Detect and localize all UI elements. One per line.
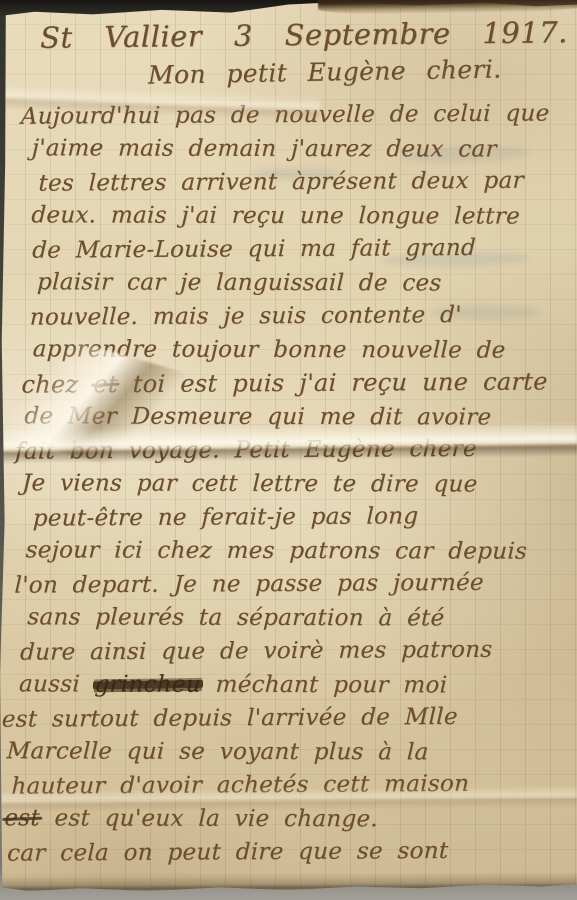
letter-paper: St Vallier 3 Septembre 1917. Mon petit E…: [0, 0, 577, 900]
paper-vignette: [0, 0, 577, 900]
scan-background: St Vallier 3 Septembre 1917. Mon petit E…: [0, 0, 577, 900]
